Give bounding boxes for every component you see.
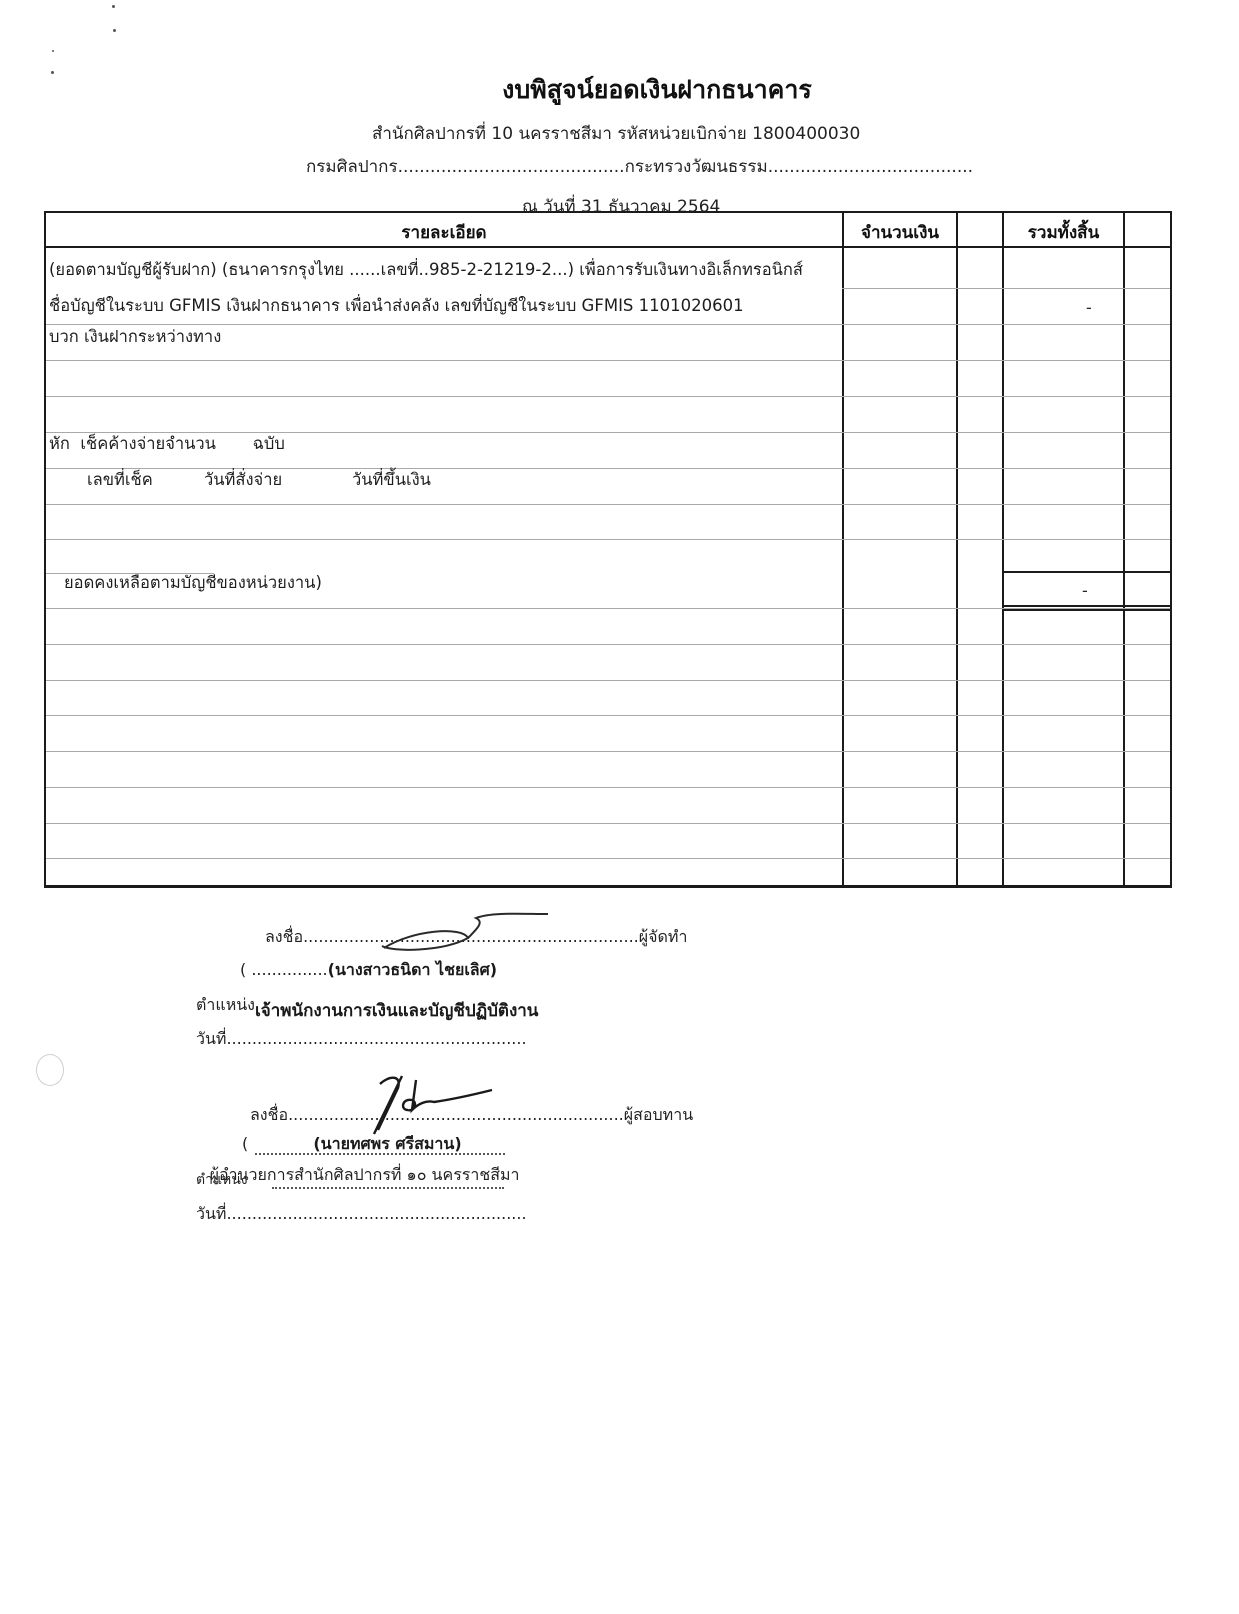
scan-speck	[113, 29, 116, 32]
preparer-position-line: ตำแหน่งเจ้าพนักงานการเงินและบัญชีปฏิบัติ…	[196, 991, 538, 1018]
row-line	[46, 751, 1170, 752]
department-line: กรมศิลปากร..............................…	[306, 153, 973, 180]
col-divider-total	[1002, 213, 1004, 885]
scan-speck	[52, 50, 54, 52]
reviewer-date-label: วันที่	[196, 1204, 226, 1223]
ministry-dots: ......................................	[768, 157, 973, 177]
preparer-position-label: ตำแหน่ง	[196, 995, 255, 1014]
preparer-date-line: วันที่..................................…	[196, 1027, 527, 1052]
reviewer-sign-dots: ........................................…	[288, 1105, 624, 1124]
preparer-position: เจ้าพนักงานการเงินและบัญชีปฏิบัติงาน	[255, 1001, 538, 1021]
header-details: รายละเอียด	[46, 219, 842, 246]
reviewer-sign-label: ลงชื่อ	[250, 1105, 288, 1124]
preparer-name: (นางสาวธนิดา ไชยเลิศ)	[328, 960, 497, 979]
header-amount: จำนวนเงิน	[844, 219, 956, 246]
row-line	[46, 715, 1170, 716]
office-line: สำนักศิลปากรที่ 10 นครราชสีมา รหัสหน่วยเ…	[372, 120, 860, 147]
header-total: รวมทั้งสิ้น	[1004, 219, 1123, 246]
row-line	[46, 360, 1170, 361]
col-divider-spare	[956, 213, 958, 885]
balance-top-border	[1002, 571, 1170, 573]
row-gfmis-account: ชื่อบัญชีในระบบ GFMIS เงินฝากธนาคาร เพื่…	[49, 293, 744, 319]
reviewer-name-dots	[255, 1153, 505, 1155]
punch-hole-mark	[36, 1054, 64, 1086]
reviewer-position-line: ตำแหน่งผู้อำนวยการสำนักศิลปากรที่ ๑๐ นคร…	[196, 1163, 558, 1188]
balance-double-underline-1	[1002, 605, 1170, 607]
preparer-name-line: ( ...............(นางสาวธนิดา ไชยเลิศ)	[240, 958, 497, 983]
preparer-signature	[372, 908, 552, 953]
scan-speck	[112, 5, 115, 8]
total-gfmis-value: -	[1086, 298, 1092, 317]
row-line	[46, 504, 1170, 505]
header-separator	[46, 246, 1170, 248]
balance-double-underline-2	[1002, 609, 1170, 611]
row-line	[842, 288, 1170, 289]
row-line	[46, 787, 1170, 788]
preparer-date-dots: ........................................…	[226, 1029, 526, 1048]
document-title: งบพิสูจน์ยอดเงินฝากธนาคาร	[0, 70, 1239, 110]
reviewer-position: ผู้อำนวยการสำนักศิลปากรที่ ๑๐ นครราชสีมา	[210, 1165, 520, 1184]
row-bank-account: (ยอดตามบัญชีผู้รับฝาก) (ธนาคารกรุงไทย ..…	[49, 257, 803, 283]
preparer-name-prefix: ( ...............	[240, 960, 328, 979]
row-line	[46, 644, 1170, 645]
ministry-label: กระทรวงวัฒนธรรม	[625, 157, 768, 177]
preparer-sign-label: ลงชื่อ	[265, 927, 303, 946]
reviewer-name: (นายทศพร ศรีสมาน)	[313, 1134, 461, 1153]
total-balance-value: -	[1082, 581, 1088, 600]
row-add-deposits-in-transit: บวก เงินฝากระหว่างทาง	[49, 324, 221, 350]
row-line	[46, 396, 1170, 397]
preparer-date-label: วันที่	[196, 1029, 226, 1048]
row-line	[46, 539, 1170, 540]
col-check-number: เลขที่เช็ค	[87, 467, 153, 493]
reviewer-date-dots: ........................................…	[226, 1204, 526, 1223]
row-line	[46, 680, 1170, 681]
department-dots: ........................................…	[398, 157, 625, 177]
reviewer-name-prefix: (	[242, 1134, 253, 1153]
row-line	[46, 823, 1170, 824]
reviewer-role: ผู้สอบทาน	[624, 1105, 693, 1124]
reconciliation-table: รายละเอียด จำนวนเงิน รวมทั้งสิ้น (ยอดตาม…	[44, 211, 1172, 888]
row-less-outstanding-checks: หัก เช็คค้างจ่ายจำนวน ฉบับ	[49, 431, 285, 457]
department-label: กรมศิลปากร	[306, 157, 398, 177]
col-divider-last	[1123, 213, 1125, 885]
reviewer-position-dots	[272, 1187, 504, 1189]
col-cashed-date: วันที่ขึ้นเงิน	[352, 467, 431, 493]
row-book-balance: ยอดคงเหลือตามบัญชีของหน่วยงาน)	[64, 570, 322, 596]
preparer-role: ผู้จัดทำ	[639, 927, 688, 946]
col-divider-amount	[842, 213, 844, 885]
col-issue-date: วันที่สั่งจ่าย	[204, 467, 282, 493]
reviewer-date-line: วันที่..................................…	[196, 1202, 527, 1227]
row-line	[46, 858, 1170, 859]
reviewer-sign-line: ลงชื่อ..................................…	[250, 1103, 693, 1128]
